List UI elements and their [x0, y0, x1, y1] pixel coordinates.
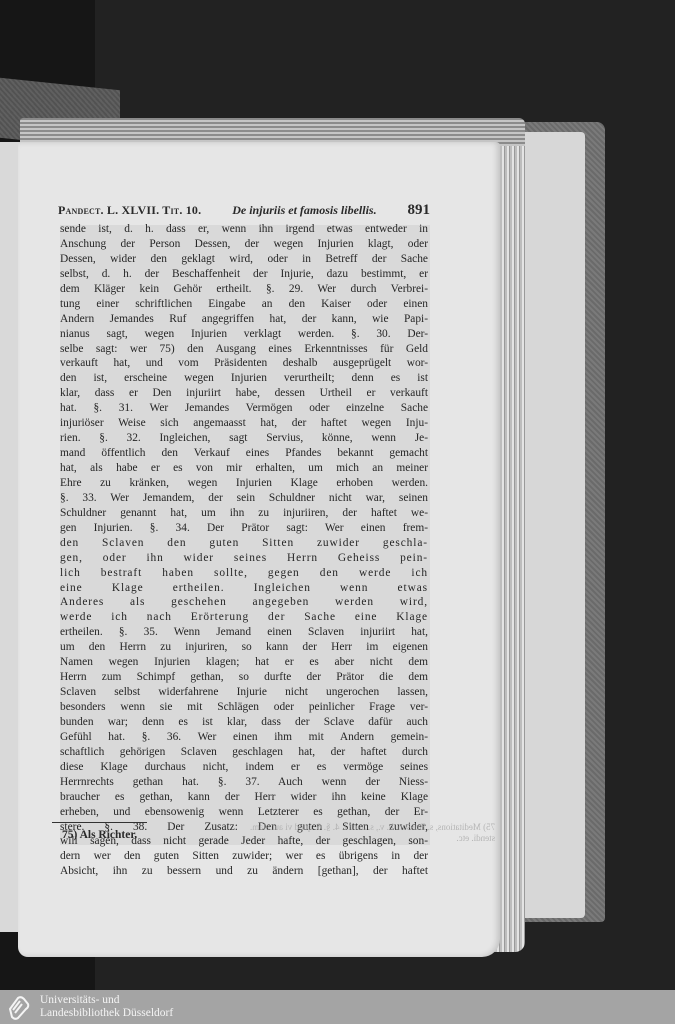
body-text: sende ist, d. h. dass er, wenn ihn irgen… — [60, 222, 428, 879]
text-line: selbst, d. h. der Beschaffenheit der Inj… — [60, 267, 428, 282]
text-line: Namen wegen Injurien klagen; hat er es a… — [60, 655, 428, 670]
text-line: tung einer schriftlichen Eingabe an den … — [60, 297, 428, 312]
text-line: gen, oder ihn wider seines Herrn Geheiss… — [60, 551, 428, 566]
library-name[interactable]: Universitäts- und Landesbibliothek Düsse… — [40, 994, 173, 1020]
text-line: hat, als habe er es von mir erhalten, um… — [60, 461, 428, 476]
text-line: Gefühl hat. §. 36. Wer einen ihm mit And… — [60, 730, 428, 745]
text-line: Dessen, wider den geklagt wird, oder in … — [60, 252, 428, 267]
running-head-title: De injuriis et famosis libellis. — [232, 203, 376, 218]
text-line: lich bestraft haben sollte, gegen den we… — [60, 566, 428, 581]
text-line: besonders wenn sie mit Schlägen oder pei… — [60, 700, 428, 715]
text-line: Anderes als geschehen angegeben werden w… — [60, 595, 428, 610]
footnote-divider — [52, 822, 147, 823]
show-through-line: 75) Meditations, s. Brisson. h. v., s. a… — [250, 822, 495, 833]
text-line: Andern Jemandes Ruf angegriffen hat, der… — [60, 312, 428, 327]
library-name-line2: Landesbibliothek Düsseldorf — [40, 1007, 173, 1020]
text-line: Sclaven selbst widerfahrene Injurie nich… — [60, 685, 428, 700]
text-line: selbe sagt: wer 75) den Ausgang eines Er… — [60, 342, 428, 357]
text-line: ertheilen. §. 35. Wenn Jemand einen Scla… — [60, 625, 428, 640]
text-line: eine Klage ertheilen. Ingleichen wenn et… — [60, 581, 428, 596]
text-line: erheben, und ebensowenig wenn Letzterer … — [60, 805, 428, 820]
text-line: braucher es gethan, kann der Herr wider … — [60, 790, 428, 805]
text-line: nianus sagt, wegen Injurien verklagt wer… — [60, 327, 428, 342]
text-line: hat. §. 31. Wer Jemandes Vermögen oder e… — [60, 401, 428, 416]
library-logo-icon[interactable] — [0, 990, 36, 1024]
text-line: den Sclaven den guten Sitten zuwider ges… — [60, 536, 428, 551]
text-line: mand öffentlich den Verkauf eines Pfande… — [60, 446, 428, 461]
text-line: werde ich nach Erörterung der Sache eine… — [60, 610, 428, 625]
text-line: Anschung der Person Dessen, der wegen In… — [60, 237, 428, 252]
running-head: Pandect. L. XLVII. Tit. 10. De injuriis … — [58, 202, 430, 219]
text-line: den ist, erscheine wegen Injurien verurt… — [60, 371, 428, 386]
library-banner: Universitäts- und Landesbibliothek Düsse… — [0, 990, 675, 1024]
page-number: 891 — [408, 202, 431, 219]
library-name-line1: Universitäts- und — [40, 994, 173, 1007]
show-through-line: stendi. etc. — [250, 833, 495, 844]
text-line: dern wer den guten Sitten zuwider; wer e… — [60, 849, 428, 864]
text-line: Herrnrechts gethan hat. §. 37. Auch wenn… — [60, 775, 428, 790]
text-line: sende ist, d. h. dass er, wenn ihn irgen… — [60, 222, 428, 237]
text-line: verkauft hat, und vom Präsidenten deshal… — [60, 356, 428, 371]
text-line: Herrn zum Schimpf gethan, so durfte der … — [60, 670, 428, 685]
text-line: rien. §. 32. Ingleichen, sagt Servius, k… — [60, 431, 428, 446]
text-line: §. 33. Wer Jemandem, der sein Schuldner … — [60, 491, 428, 506]
text-line: um den Herrn zu injuriren, so kann der H… — [60, 640, 428, 655]
text-line: dem Kläger kein Gehör ertheilt. §. 29. W… — [60, 282, 428, 297]
text-line: schaftlich gehörigen Sclaven geschlagen … — [60, 745, 428, 760]
text-line: diese Klage durchaus nicht, indem er es … — [60, 760, 428, 775]
text-line: Schuldner genannt hat, um ihn zu injurii… — [60, 506, 428, 521]
endpaper — [520, 132, 585, 918]
text-line: Absicht, ihn zu bessern und zu ändern [g… — [60, 864, 428, 879]
show-through-text: 75) Meditations, s. Brisson. h. v., s. a… — [250, 822, 495, 844]
text-line: bunden war; denn es ist klar, dass der S… — [60, 715, 428, 730]
running-head-section: Pandect. L. XLVII. Tit. 10. — [58, 203, 201, 218]
text-line: klar, dass er Den injuriirt habe, dessen… — [60, 386, 428, 401]
text-line: gen Injurien. §. 34. Der Prätor sagt: We… — [60, 521, 428, 536]
text-line: injuriöser Weise sich angemaasst hat, de… — [60, 416, 428, 431]
text-line: Ehre zu kränken, wegen Injurien Klage er… — [60, 476, 428, 491]
footnote: 75) Als Richter. — [62, 829, 137, 841]
